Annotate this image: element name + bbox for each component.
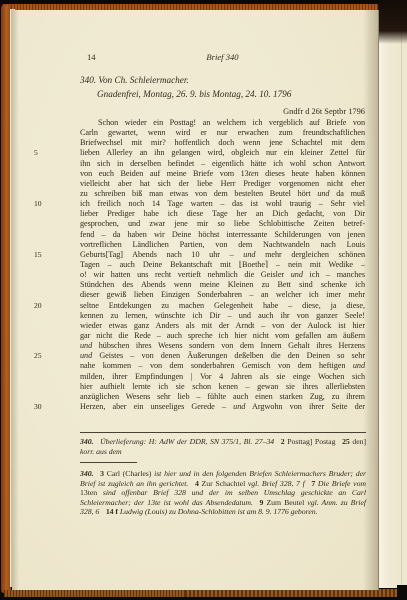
body-line: 25und Geistes – von denen Äußerungen deß…: [80, 351, 365, 361]
commentary-divider-rule: [80, 462, 137, 463]
text-segment: den]: [350, 437, 366, 446]
body-line: Schon wieder ein Posttag! an welchem ich…: [80, 118, 365, 128]
text-segment: wird er nur erwachen zum freundtschaftli…: [165, 128, 365, 137]
line-number: 30: [34, 402, 54, 412]
text-segment: Briefwechsel mit mir? hoffentlich doch w…: [80, 138, 256, 147]
apparatus-commentary: 340.3 Carl (Charles) ist hier und in den…: [80, 469, 366, 517]
body-line: dieser gewiß lieben Einzigen Sonderbahre…: [80, 290, 365, 300]
text-segment: zu schreiben biß man etwas von dem beste…: [80, 189, 317, 198]
running-header: 14 Brief 340: [80, 52, 365, 62]
text-segment: 13ten: [80, 488, 97, 497]
text-segment: ich freilich noch 14 Tage warten – das i…: [80, 199, 365, 208]
text-segment: hier aufhielt lernte ich sie schon kenen…: [80, 382, 365, 391]
text-segment: lieber Prediger habe ich diese Tage her …: [80, 209, 365, 218]
page-number: 14: [87, 52, 96, 62]
body-line: Carln gewartet, wenn wird er nur erwache…: [80, 128, 365, 138]
text-segment: wieder etwas ganz Anders als mit der Arn…: [80, 321, 365, 330]
text-segment: kennen zu lernen, wünschte ich Dir – und…: [80, 311, 365, 320]
running-title: Brief 340: [80, 52, 365, 62]
body-line: 10ich freilich noch 14 Tage warten – das…: [80, 199, 365, 209]
text-segment: und: [353, 361, 365, 370]
text-segment: seltne Entdekungen zu machen Gelegenheit…: [80, 301, 365, 310]
text-segment: anzüglichen Wesens sehr lieb – fühlte au…: [80, 392, 365, 401]
text-segment: vgl. Brief 328, 7 f: [248, 479, 305, 488]
apparatus-variants: 340.Überlieferung: H: AdW der DDR, SN 37…: [80, 437, 366, 456]
body-line: hier aufhielt lernte ich sie schon kenen…: [80, 382, 365, 392]
text-segment: Schon wieder ein Posttag! an welchem ich…: [98, 118, 365, 127]
text-segment: und: [317, 189, 329, 198]
text-segment: fend – da haben wir Deine höchst interre…: [80, 230, 365, 239]
text-segment: Stündchen des Abends wen: [80, 280, 187, 289]
text-segment: nahe kommen – von dem sonderbahren Gemis…: [80, 361, 353, 370]
text-segment: lieben Allerley an ihn gelangen wird, ob…: [80, 148, 365, 157]
text-segment: o! wir hatten uns recht vertieft nehmlic…: [80, 270, 291, 279]
text-segment: und: [80, 351, 92, 360]
text-segment: Geburts[Tag] Abends nach 10 uhr –: [80, 250, 243, 259]
text-segment: Herzen, aber ein unseeliges Gerede –: [80, 402, 233, 411]
text-segment: da muß: [329, 189, 365, 198]
text-segment: mehr dergleichen schönen: [255, 250, 365, 259]
line-number: 10: [34, 199, 54, 209]
text-segment: Zum Beutel: [263, 498, 307, 507]
line-number: 20: [34, 301, 54, 311]
text-segment: ten: [249, 169, 259, 178]
letter-dateline: Gndfr d 26t Septbr 1796: [80, 107, 365, 116]
apparatus-divider-rule: [80, 432, 366, 433]
text-segment: Ludwig (Louis) zu Dohna-Schlobitten ist …: [118, 507, 318, 516]
text-segment: gesprochen, und zwar jene mir so liebe S…: [80, 219, 365, 228]
text-segment: Überlieferung: H: AdW der DDR, SN 375/1,…: [100, 437, 274, 446]
body-line: und hübschen ihres Wesens sondern von de…: [80, 341, 365, 351]
text-segment: Geistes – von denen Äußerungen deßelben …: [92, 351, 365, 360]
line-number: 15: [34, 250, 54, 260]
letter-heading-line1: 340. Von Ch. Schleiermacher.: [80, 74, 365, 88]
body-line: Tagen – auch Deine Bekantschaft mit ⌊Boe…: [80, 260, 365, 270]
body-line: 30Herzen, aber ein unseeliges Gerede – u…: [80, 402, 365, 412]
text-segment: vortreflichen Ländlichen Partien, von de…: [80, 240, 365, 249]
body-line: o! wir hatten uns recht vertieft nehmlic…: [80, 270, 365, 280]
text-segment: dieser gewiß lieben Einzigen Sonderbahre…: [80, 290, 365, 299]
text-segment: Zur Schachtel: [199, 479, 248, 488]
text-segment: 14 f: [106, 507, 118, 516]
letter-body: Schon wieder ein Posttag! an welchem ich…: [80, 118, 365, 412]
body-line: vortreflichen Ländlichen Partien, von de…: [80, 240, 365, 250]
body-line: kennen zu lernen, wünschte ich Dir – und…: [80, 311, 365, 321]
text-segment: jene Schachtel mit dem: [260, 138, 365, 147]
book-page: 14 Brief 340 340. Von Ch. Schleiermacher…: [12, 10, 379, 590]
letter-heading-line2: Gnadenfrei, Montag, 26. 9. bis Montag, 2…: [80, 88, 365, 102]
line-number: 5: [34, 148, 54, 158]
text-segment: und: [233, 402, 245, 411]
body-line: ihn sich in derselben befindet – eigentl…: [80, 159, 365, 169]
body-line: Stündchen des Abends wenn meine Kleinen …: [80, 280, 365, 290]
text-segment: dieses heute haben können: [259, 169, 365, 178]
top-right-shadow: [378, 0, 407, 44]
text-segment: milden, ihrer Empfindungen | Vor 4 Jahre…: [80, 372, 365, 381]
body-line: zu schreiben biß man etwas von dem beste…: [80, 189, 365, 199]
body-line: 20seltne Entdekungen zu machen Gelegenhe…: [80, 301, 365, 311]
body-line: lieber Prediger habe ich diese Tage her …: [80, 209, 365, 219]
body-line: milden, ihrer Empfindungen | Vor 4 Jahre…: [80, 372, 365, 382]
bottom-right-corner-shadow: [397, 585, 407, 600]
letter-heading: 340. Von Ch. Schleiermacher. Gnadenfrei,…: [80, 74, 365, 101]
text-segment: hübschen ihres Wesens sondern von dem In…: [92, 341, 365, 350]
right-page-stack-line: [401, 16, 402, 588]
text-segment: ihn sich in derselben befindet – eigentl…: [80, 159, 365, 168]
text-segment: Carl (Charles): [104, 469, 154, 478]
text-segment: und: [291, 270, 303, 279]
bottom-right-fore-edge-stripes: [185, 589, 397, 597]
text-segment: Tagen – auch Deine Bekantschaft mit ⌊Boe…: [80, 260, 365, 269]
body-line: von euch Beiden auf meine Briefe vom 13t…: [80, 169, 365, 179]
body-line: 5lieben Allerley an ihn gelangen wird, o…: [80, 148, 365, 158]
text-segment: vielleicht aber hat sich der liebe Herr …: [80, 179, 365, 188]
body-line: nahe kommen – von dem sonderbahren Gemis…: [80, 361, 365, 371]
body-line: fend – da haben wir Deine höchst interre…: [80, 230, 365, 240]
text-segment: korr. aus dem: [80, 447, 122, 456]
text-segment: gar nicht die Rede – auch spreche ich hi…: [80, 331, 365, 340]
text-segment: 25: [342, 437, 350, 446]
body-line: 15Geburts[Tag] Abends nach 10 uhr – und …: [80, 250, 365, 260]
text-segment: von euch Beiden auf meine Briefe vom 13: [80, 169, 249, 178]
text-segment: und: [243, 250, 255, 259]
body-line: gesprochen, und zwar jene mir so liebe S…: [80, 219, 365, 229]
body-line: gar nicht die Rede – auch spreche ich hi…: [80, 331, 365, 341]
book-photo-scene: 14 Brief 340 340. Von Ch. Schleiermacher…: [0, 0, 407, 600]
text-segment: Argwohn von ihrer Seite der: [245, 402, 365, 411]
text-segment: 340.: [80, 469, 93, 478]
text-segment: und: [80, 341, 92, 350]
text-segment: Die Briefe vom: [315, 479, 366, 488]
body-line: Briefwechsel mit mir? hoffentlich doch w…: [80, 138, 365, 148]
right-page-stack-edge: [379, 16, 407, 588]
line-number: 25: [34, 351, 54, 361]
text-segment: ich – manches: [303, 270, 365, 279]
body-line: anzüglichen Wesens sehr lieb – fühlte au…: [80, 392, 365, 402]
body-line: wieder etwas ganz Anders als mit der Arn…: [80, 321, 365, 331]
text-segment: Carln gewartet, wen: [80, 128, 161, 137]
text-segment: 340.: [80, 437, 93, 446]
text-segment: Posttag] Postag: [285, 437, 336, 446]
text-segment: meine Kleinen zu Bett sind schenke ich: [191, 280, 365, 289]
body-line: vielleicht aber hat sich der liebe Herr …: [80, 179, 365, 189]
